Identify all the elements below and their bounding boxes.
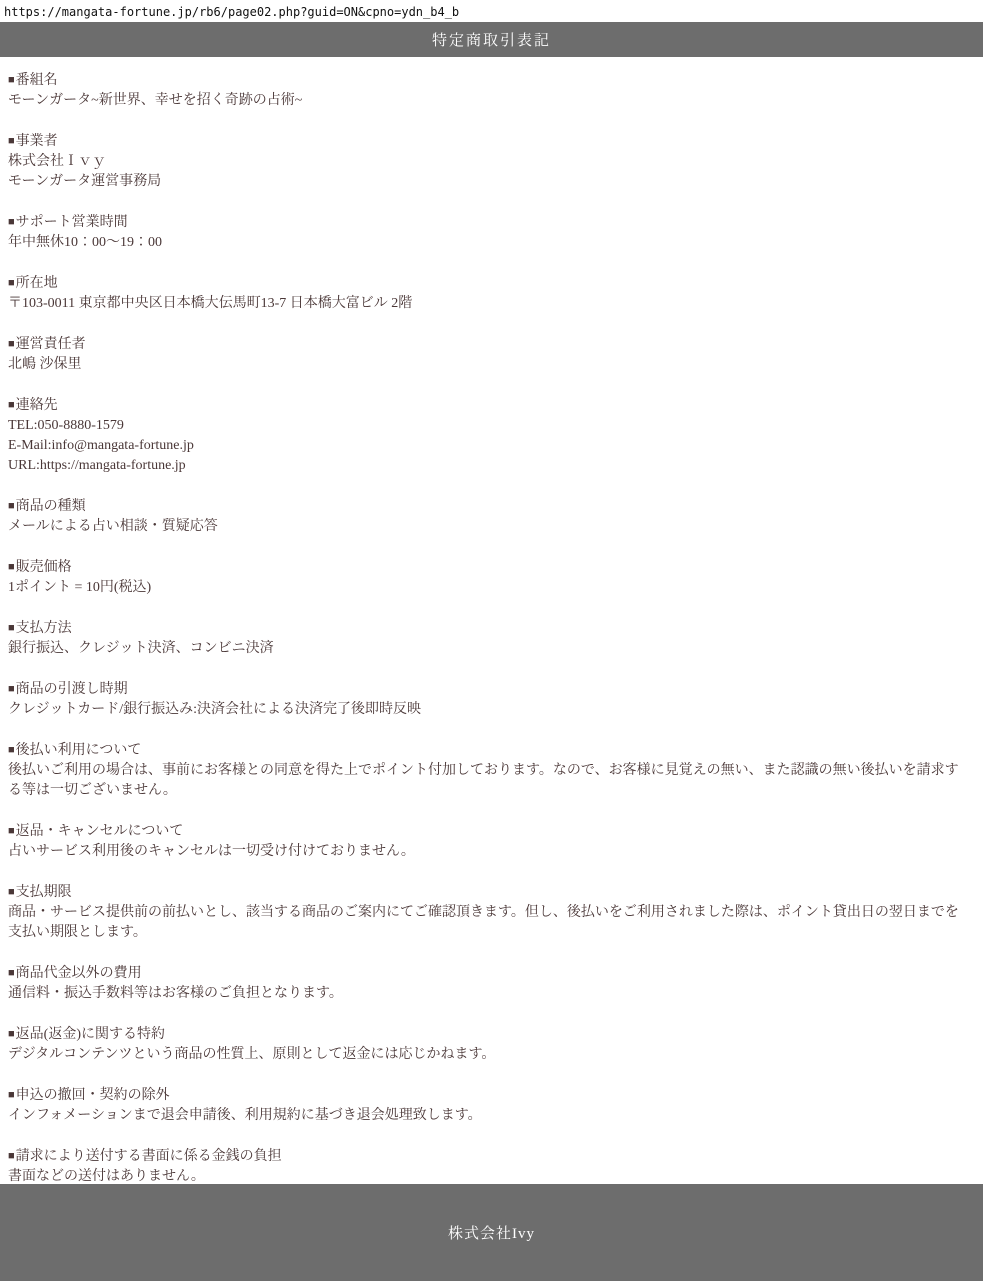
section-heading-label: 商品代金以外の費用 [16,966,142,981]
section-text: クレジットカード/銀行振込み:決済会社による決済完了後即時反映 [8,700,969,720]
section-heading-label: 請求により送付する書面に係る金銭の負担 [16,1149,282,1164]
section-heading-label: 所在地 [16,276,58,291]
section-heading: ■運営責任者 [8,334,969,355]
header-bar: 特定商取引表記 [0,22,983,57]
bullet-square-icon: ■ [8,967,15,979]
section: ■所在地〒103-0011 東京都中央区日本橋大伝馬町13-7 日本橋大富ビル … [8,273,969,314]
section-text: 株式会社Ｉｖｙ [8,152,969,172]
section-heading-label: サポート営業時間 [16,215,128,230]
section-text: 商品・サービス提供前の前払いとし、該当する商品のご案内にてご確認頂きます。但し、… [8,903,969,943]
section: ■支払期限商品・サービス提供前の前払いとし、該当する商品のご案内にてご確認頂きま… [8,882,969,943]
section-heading-label: 支払期限 [16,885,72,900]
section: ■販売価格1ポイント = 10円(税込) [8,557,969,598]
bullet-square-icon: ■ [8,825,15,837]
section: ■運営責任者北嶋 沙保里 [8,334,969,375]
section-text: モーンガータ~新世界、幸せを招く奇跡の占術~ [8,91,969,111]
bullet-square-icon: ■ [8,1089,15,1101]
bullet-square-icon: ■ [8,744,15,756]
section-heading: ■支払期限 [8,882,969,903]
section-heading: ■番組名 [8,70,969,91]
section-text: インフォメーションまで退会申請後、利用規約に基づき退会処理致します。 [8,1106,969,1126]
footer-company-name: 株式会社Ivy [448,1222,535,1243]
section-heading-label: 申込の撤回・契約の除外 [16,1088,170,1103]
section-heading-label: 連絡先 [16,398,58,413]
section: ■後払い利用について後払いご利用の場合は、事前にお客様との同意を得た上でポイント… [8,740,969,801]
section-text: 後払いご利用の場合は、事前にお客様との同意を得た上でポイント付加しております。な… [8,761,969,801]
section: ■商品代金以外の費用通信料・振込手数料等はお客様のご負担となります。 [8,963,969,1004]
section: ■サポート営業時間年中無休10：00～19：00 [8,212,969,253]
bullet-square-icon: ■ [8,135,15,147]
section: ■番組名モーンガータ~新世界、幸せを招く奇跡の占術~ [8,70,969,111]
section-heading-label: 返品(返金)に関する特約 [16,1027,165,1042]
bullet-square-icon: ■ [8,74,15,86]
bullet-square-icon: ■ [8,277,15,289]
section: ■返品・キャンセルについて占いサービス利用後のキャンセルは一切受け付けておりませ… [8,821,969,862]
section-text: 銀行振込、クレジット決済、コンビニ決済 [8,639,969,659]
section-heading: ■支払方法 [8,618,969,639]
bullet-square-icon: ■ [8,683,15,695]
bullet-square-icon: ■ [8,886,15,898]
section-text: 書面などの送付はありません。 [8,1167,969,1184]
section-text: TEL:050-8880-1579 [8,416,969,436]
section-heading: ■後払い利用について [8,740,969,761]
bullet-square-icon: ■ [8,1028,15,1040]
bullet-square-icon: ■ [8,399,15,411]
bullet-square-icon: ■ [8,216,15,228]
section-heading: ■連絡先 [8,395,969,416]
section-text: E-Mail:info@mangata-fortune.jp [8,436,969,456]
section: ■返品(返金)に関する特約デジタルコンテンツという商品の性質上、原則として返金に… [8,1024,969,1065]
section-heading-label: 販売価格 [16,560,72,575]
section: ■商品の種類メールによる占い相談・質疑応答 [8,496,969,537]
section-text: 通信料・振込手数料等はお客様のご負担となります。 [8,984,969,1004]
section-text: URL:https://mangata-fortune.jp [8,456,969,476]
section-heading: ■請求により送付する書面に係る金銭の負担 [8,1146,969,1167]
section: ■連絡先TEL:050-8880-1579E-Mail:info@mangata… [8,395,969,476]
section-text: 占いサービス利用後のキャンセルは一切受け付けておりません。 [8,842,969,862]
section-heading: ■商品代金以外の費用 [8,963,969,984]
section-heading-label: 商品の引渡し時期 [16,682,128,697]
section-heading: ■返品(返金)に関する特約 [8,1024,969,1045]
section-heading-label: 商品の種類 [16,499,86,514]
footer-bar: 株式会社Ivy [0,1184,983,1281]
section-text: 〒103-0011 東京都中央区日本橋大伝馬町13-7 日本橋大富ビル 2階 [8,294,969,314]
section-heading: ■商品の引渡し時期 [8,679,969,700]
section-heading-label: 支払方法 [16,621,72,636]
section-text: 年中無休10：00～19：00 [8,233,969,253]
bullet-square-icon: ■ [8,561,15,573]
section: ■請求により送付する書面に係る金銭の負担書面などの送付はありません。 [8,1146,969,1184]
page-title: 特定商取引表記 [432,29,551,50]
section-heading-label: 番組名 [16,73,58,88]
section-text: 北嶋 沙保里 [8,355,969,375]
section-text: モーンガータ運営事務局 [8,172,969,192]
section-heading: ■返品・キャンセルについて [8,821,969,842]
legal-notice-content: ■番組名モーンガータ~新世界、幸せを招く奇跡の占術~■事業者株式会社Ｉｖｙモーン… [0,57,983,1184]
section-heading: ■所在地 [8,273,969,294]
bullet-square-icon: ■ [8,500,15,512]
section-heading: ■申込の撤回・契約の除外 [8,1085,969,1106]
section-heading-label: 後払い利用について [16,743,142,758]
section: ■事業者株式会社Ｉｖｙモーンガータ運営事務局 [8,131,969,192]
section: ■支払方法銀行振込、クレジット決済、コンビニ決済 [8,618,969,659]
section-text: メールによる占い相談・質疑応答 [8,517,969,537]
bullet-square-icon: ■ [8,1150,15,1162]
section-heading-label: 事業者 [16,134,58,149]
section-heading: ■商品の種類 [8,496,969,517]
section-heading-label: 運営責任者 [16,337,86,352]
section: ■申込の撤回・契約の除外インフォメーションまで退会申請後、利用規約に基づき退会処… [8,1085,969,1126]
section-heading: ■販売価格 [8,557,969,578]
section-heading: ■サポート営業時間 [8,212,969,233]
section: ■商品の引渡し時期クレジットカード/銀行振込み:決済会社による決済完了後即時反映 [8,679,969,720]
bullet-square-icon: ■ [8,338,15,350]
page-url-text: https://mangata-fortune.jp/rb6/page02.ph… [0,0,983,22]
section-text: 1ポイント = 10円(税込) [8,578,969,598]
bullet-square-icon: ■ [8,622,15,634]
section-text: デジタルコンテンツという商品の性質上、原則として返金には応じかねます。 [8,1045,969,1065]
section-heading: ■事業者 [8,131,969,152]
section-heading-label: 返品・キャンセルについて [16,824,184,839]
